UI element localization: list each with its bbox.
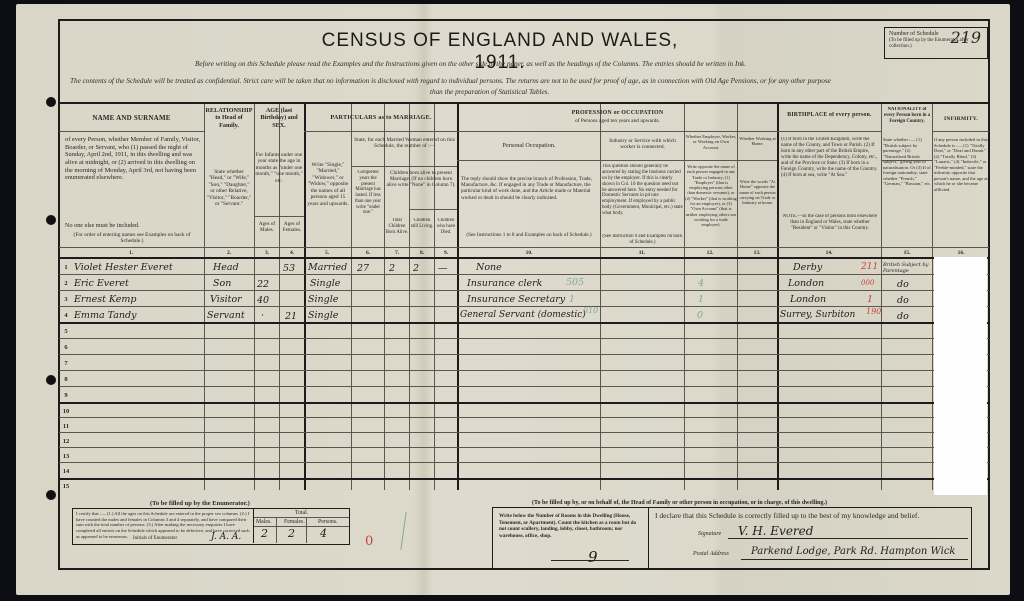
enumerator-initials-label: Initials of Enumerator bbox=[133, 536, 177, 542]
header-children-living: Children still Living. bbox=[410, 218, 434, 230]
red-check-mark: 0 bbox=[365, 534, 373, 549]
entry-birthplace: London bbox=[788, 278, 824, 289]
entry-occupation: General Servant (domestic) bbox=[460, 310, 586, 320]
household-box: Write below the Number of Rooms in this … bbox=[492, 507, 972, 569]
schedule-number-box: Number of Schedule (To be filled up by t… bbox=[884, 27, 988, 59]
header-relationship-title: RELATIONSHIP to Head of Family. bbox=[205, 107, 253, 129]
total-persons: 4 bbox=[320, 527, 327, 540]
row-number: 10 bbox=[60, 408, 72, 415]
row-number: 2 bbox=[60, 280, 72, 287]
entry-age-female: 21 bbox=[285, 311, 297, 322]
row-number: 12 bbox=[60, 438, 72, 445]
header-birthplace-note: NOTE.—In the case of persons born elsewh… bbox=[781, 214, 879, 232]
entry-children-died: — bbox=[438, 263, 448, 274]
column-number: 11. bbox=[632, 250, 652, 256]
entry-condition: Single bbox=[308, 310, 338, 321]
entry-age-male: 40 bbox=[257, 295, 269, 306]
column-number: 13. bbox=[747, 250, 767, 256]
column-number: 6. bbox=[358, 250, 378, 256]
column-number: 5. bbox=[317, 250, 337, 256]
entry-age-male: 22 bbox=[257, 279, 269, 290]
header-children-total: Total Children Born Alive. bbox=[385, 218, 409, 235]
entry-relationship: Head bbox=[213, 262, 239, 273]
instruction-line-2: The contents of the Schedule will be tre… bbox=[70, 77, 831, 85]
entry-name: Emma Tandy bbox=[74, 310, 136, 321]
entry-name: Eric Everet bbox=[74, 278, 129, 289]
header-name-title: NAME AND SURNAME bbox=[59, 114, 204, 122]
entry-children-living: 2 bbox=[413, 263, 419, 274]
column-number: 2. bbox=[219, 250, 239, 256]
header-infirmity-title: INFIRMITY. bbox=[933, 116, 989, 123]
entry-name: Violet Hester Everet bbox=[74, 262, 173, 273]
signature: V. H. Evered bbox=[738, 524, 813, 538]
column-number: 15. bbox=[897, 250, 917, 256]
header-occupation-title: PROFESSION or OCCUPATION bbox=[458, 110, 777, 117]
column-number: 1. bbox=[121, 250, 141, 256]
entry-occupation-code: 010 bbox=[583, 306, 598, 315]
entry-age-male: · bbox=[261, 310, 264, 321]
entry-nationality: British Subject by Parentage bbox=[883, 263, 933, 274]
header-employer: Whether Employer, Worker, or Working on … bbox=[685, 134, 737, 150]
header-children-died: Children who have Died. bbox=[435, 218, 457, 235]
header-relationship-body: State whether "Head," or "Wife," "Son," … bbox=[206, 169, 252, 208]
entry-occupation: Insurance Secretary bbox=[467, 294, 565, 305]
enumerator-initials: J. A. A. bbox=[211, 532, 241, 542]
header-birthplace-title: BIRTHPLACE of every person. bbox=[778, 112, 881, 119]
entry-relationship: Servant bbox=[207, 310, 245, 321]
schedule-number: 219 bbox=[950, 28, 981, 47]
instruction-line-1: Before writing on this Schedule please r… bbox=[195, 60, 746, 68]
column-number: 10. bbox=[519, 250, 539, 256]
entry-occupation: None bbox=[476, 262, 502, 273]
column-number: 12. bbox=[700, 250, 720, 256]
header-age-females: Ages of Females. bbox=[280, 221, 304, 233]
enumerator-box: I certify that :— (1.) All the ages on t… bbox=[72, 508, 350, 545]
row-number: 13 bbox=[60, 453, 72, 460]
instruction-line-3: than the preparation of Statistical Tabl… bbox=[430, 88, 549, 96]
entry-nationality: do bbox=[897, 311, 909, 322]
entry-nationality: do bbox=[897, 295, 909, 306]
entry-nationality: do bbox=[897, 279, 909, 290]
declaration-text: I declare that this Schedule is correctl… bbox=[655, 511, 919, 520]
row-number: 9 bbox=[60, 392, 72, 399]
header-nationality-title: NATIONALITY of every Person born in a Fo… bbox=[882, 107, 932, 124]
entry-birthplace-code: 1 bbox=[867, 294, 873, 305]
header-age-title: AGE (last Birthday) and SEX. bbox=[255, 107, 303, 129]
entry-condition: Married bbox=[308, 262, 347, 273]
row-number: 3 bbox=[60, 296, 72, 303]
entry-occupation-code: 1 bbox=[569, 294, 575, 305]
row-number: 8 bbox=[60, 376, 72, 383]
header-industry: Industry or Service with which worker is… bbox=[601, 138, 684, 151]
entry-employer-code: 4 bbox=[698, 278, 704, 289]
row-number: 1 bbox=[60, 264, 72, 271]
enumerator-heading: (To be filled up by the Enumerator.) bbox=[150, 500, 250, 507]
entry-birthplace-code: 211 bbox=[861, 262, 878, 272]
entry-relationship: Son bbox=[213, 278, 231, 289]
row-number: 14 bbox=[60, 468, 72, 475]
header-personal-note: (See Instructions 1 to 8 and Examples on… bbox=[461, 232, 597, 238]
header-employer-body: Write opposite the name of each person e… bbox=[685, 164, 737, 227]
header-married-woman: State, for each Married Woman entered on… bbox=[353, 137, 456, 150]
header-personal-body: The reply should show the precise branch… bbox=[461, 176, 597, 201]
header-industry-note: (See Instruction 9 and Examples on back … bbox=[602, 234, 683, 246]
header-marriage-children: Children born alive to present Marriage.… bbox=[386, 170, 456, 189]
column-number: 16. bbox=[951, 250, 971, 256]
header-home: Whether Working at Home. bbox=[738, 136, 777, 147]
row-number: 7 bbox=[60, 360, 72, 367]
entry-condition: Single bbox=[310, 278, 340, 289]
header-name-body: of every Person, whether Member of Famil… bbox=[65, 136, 201, 182]
rooms-instruction: Write below the Number of Rooms in this … bbox=[499, 513, 644, 539]
header-occupation-subtitle: of Persons aged ten years and upwards. bbox=[458, 118, 777, 124]
header-marriage-condition: Write "Single," "Married," "Widower," or… bbox=[306, 162, 350, 207]
postal-address: Parkend Lodge, Park Rd. Hampton Wick bbox=[751, 546, 956, 557]
header-infirmity-body: If any person included in this Schedule … bbox=[934, 137, 988, 192]
binding-hole bbox=[46, 215, 56, 225]
redacted-infirmity-area bbox=[934, 257, 987, 495]
total-females: 2 bbox=[288, 527, 295, 540]
total-males: 2 bbox=[261, 527, 268, 540]
header-marriage-years: Completed years the present Marriage has… bbox=[352, 170, 384, 216]
column-number: 4. bbox=[282, 250, 302, 256]
entry-marriage-years: 27 bbox=[357, 263, 369, 274]
row-number: 6 bbox=[60, 344, 72, 351]
binding-hole bbox=[46, 375, 56, 385]
entry-children-total: 2 bbox=[389, 263, 395, 274]
column-number: 8. bbox=[412, 250, 432, 256]
entry-name: Ernest Kemp bbox=[74, 294, 136, 305]
entry-condition: Single bbox=[308, 294, 338, 305]
header-home-body: Write the words "At Home" opposite the n… bbox=[738, 179, 777, 205]
header-nationality-body: State whether :— (1) "British subject by… bbox=[883, 137, 931, 187]
entry-birthplace-code: 000 bbox=[861, 279, 874, 287]
row-number: 15 bbox=[60, 483, 72, 490]
binding-hole bbox=[46, 97, 56, 107]
column-number: 9. bbox=[436, 250, 456, 256]
number-of-rooms: 9 bbox=[588, 548, 598, 566]
header-marriage-title: PARTICULARS as to MARRIAGE. bbox=[305, 114, 457, 121]
header-age-males: Ages of Males. bbox=[255, 221, 279, 233]
entry-birthplace-code: 190 bbox=[866, 307, 881, 316]
signature-label: Signature bbox=[698, 531, 721, 537]
entry-occupation-code: 505 bbox=[566, 277, 584, 288]
binding-hole bbox=[46, 490, 56, 500]
column-number: 14. bbox=[819, 250, 839, 256]
row-number: 11 bbox=[60, 423, 72, 430]
postal-address-label: Postal Address bbox=[693, 551, 729, 557]
header-name-note2: (For order of entering names see Example… bbox=[63, 232, 201, 245]
header-age-body: For Infants under one year state the age… bbox=[255, 152, 303, 184]
household-heading: (To be filled up by, or on behalf of, th… bbox=[532, 500, 827, 506]
entry-employer-code: 0 bbox=[697, 310, 703, 321]
entry-birthplace: London bbox=[790, 294, 826, 305]
entry-employer-code: 1 bbox=[698, 294, 704, 305]
entry-birthplace: Surrey, Surbiton bbox=[780, 310, 855, 320]
header-name-note1: No one else must be included. bbox=[65, 222, 201, 229]
header-birthplace-body: (1) If born in the United Kingdom, write… bbox=[781, 137, 879, 179]
entry-occupation: Insurance clerk bbox=[467, 278, 542, 289]
entry-age-female: 53 bbox=[283, 263, 295, 274]
row-number: 5 bbox=[60, 328, 72, 335]
column-number: 7. bbox=[387, 250, 407, 256]
column-number: 3. bbox=[257, 250, 277, 256]
header-industry-body: This question should generally be answer… bbox=[602, 164, 683, 217]
entry-relationship: Visitor bbox=[210, 294, 242, 305]
entry-birthplace: Derby bbox=[793, 262, 822, 273]
row-number: 4 bbox=[60, 312, 72, 319]
header-personal-occupation: Personal Occupation. bbox=[458, 142, 600, 149]
